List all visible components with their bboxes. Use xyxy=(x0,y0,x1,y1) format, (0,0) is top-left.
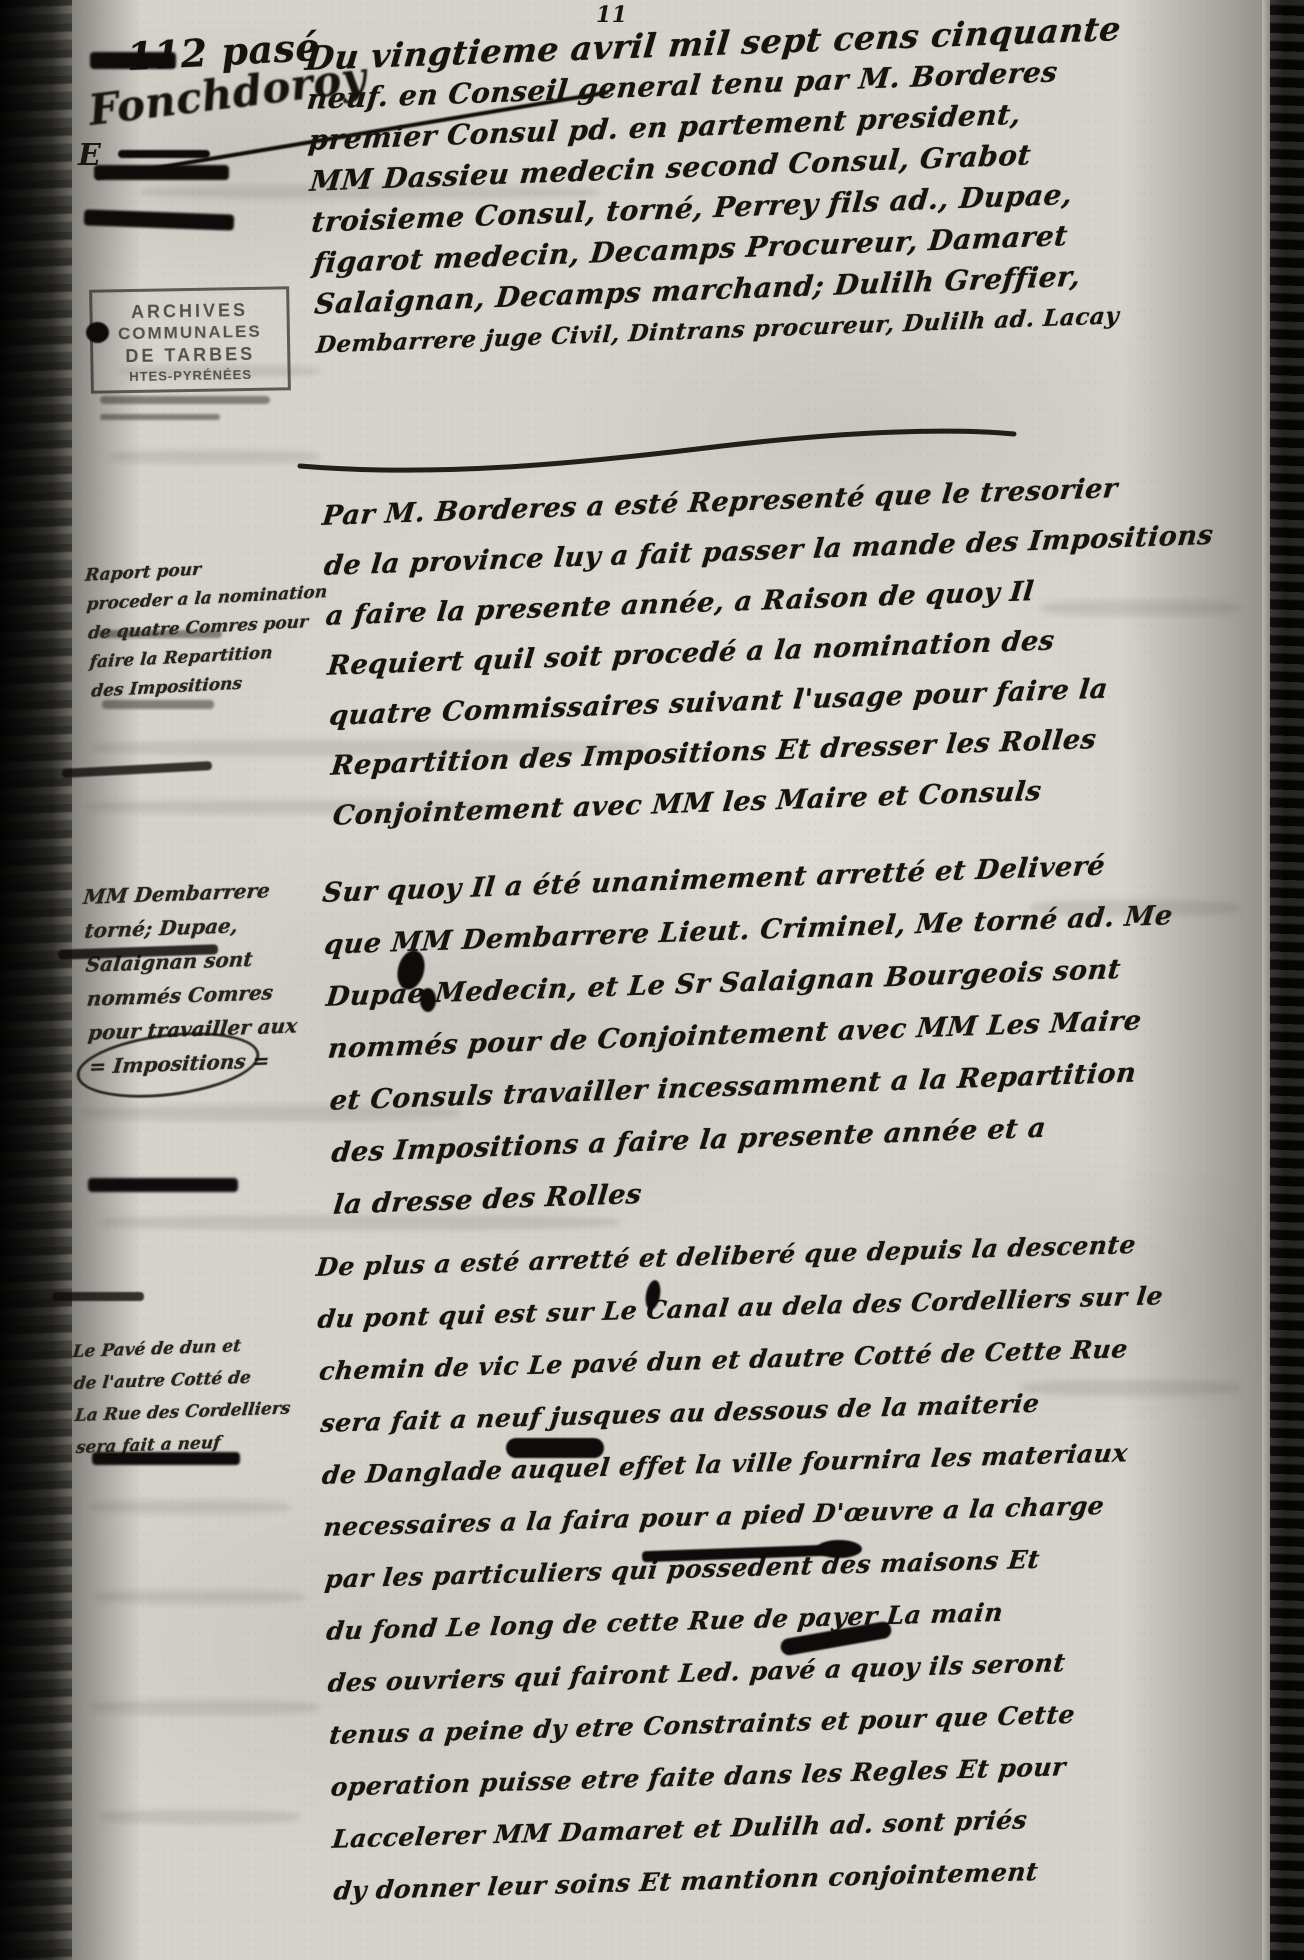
ink-smear xyxy=(94,165,229,180)
bleedthrough-smudge xyxy=(90,740,650,756)
bleedthrough-smudge xyxy=(90,1500,290,1514)
page-number: 11 xyxy=(596,2,628,28)
body-paragraph: De plus a esté arretté et deliberé que d… xyxy=(312,1222,1041,1918)
margin-dash xyxy=(100,414,220,420)
bleedthrough-smudge xyxy=(120,365,320,377)
manuscript-scan: 11 112 pasé Fonchdoroy E ARCHIVES COMMUN… xyxy=(0,0,1304,1960)
book-binding-right xyxy=(1270,0,1304,1960)
ink-strike-blob xyxy=(506,1438,604,1458)
ink-blot xyxy=(420,988,436,1012)
bleedthrough-smudge xyxy=(1020,1380,1240,1396)
archive-stamp: ARCHIVES COMMUNALES DE TARBES HTES-PYRÉN… xyxy=(89,286,291,393)
margin-dash xyxy=(98,630,222,638)
margin-dash xyxy=(102,700,214,709)
bleedthrough-smudge xyxy=(85,800,505,814)
book-binding-left xyxy=(0,0,72,1960)
margin-note: Le Pavé de dun et de l'autre Cotté de La… xyxy=(70,1328,309,1464)
page-edge-shadow-right xyxy=(1122,0,1262,1960)
bleedthrough-smudge xyxy=(1030,900,1240,916)
margin-dash xyxy=(52,1292,144,1301)
stamp-line: COMMUNALES xyxy=(93,320,287,345)
margin-glyph: E xyxy=(78,138,101,173)
ink-blot xyxy=(816,1540,862,1558)
ink-blot-heart xyxy=(86,322,109,343)
bleedthrough-smudge xyxy=(100,1810,300,1824)
margin-dash xyxy=(88,1178,238,1192)
bleedthrough-smudge xyxy=(95,1590,305,1604)
margin-note: Raport pour proceder a la nomination de … xyxy=(82,550,309,706)
margin-dash xyxy=(92,1452,240,1465)
body-paragraph: Par M. Borderes a esté Representé que le… xyxy=(318,468,1030,842)
body-paragraph: Sur quoy Il a été unanimement arretté et… xyxy=(318,844,1030,1232)
bleedthrough-smudge xyxy=(100,1215,620,1230)
bleedthrough-smudge xyxy=(90,1700,320,1715)
margin-dash xyxy=(118,150,210,158)
page-edge-sliver-right xyxy=(1262,0,1270,1960)
bleedthrough-smudge xyxy=(1040,600,1240,616)
flourish-divider xyxy=(292,418,1022,478)
bleedthrough-smudge xyxy=(80,1105,460,1121)
ink-smear xyxy=(90,52,176,69)
bleedthrough-smudge xyxy=(110,450,320,464)
margin-dash xyxy=(100,396,270,404)
bleedthrough-smudge xyxy=(140,185,600,199)
